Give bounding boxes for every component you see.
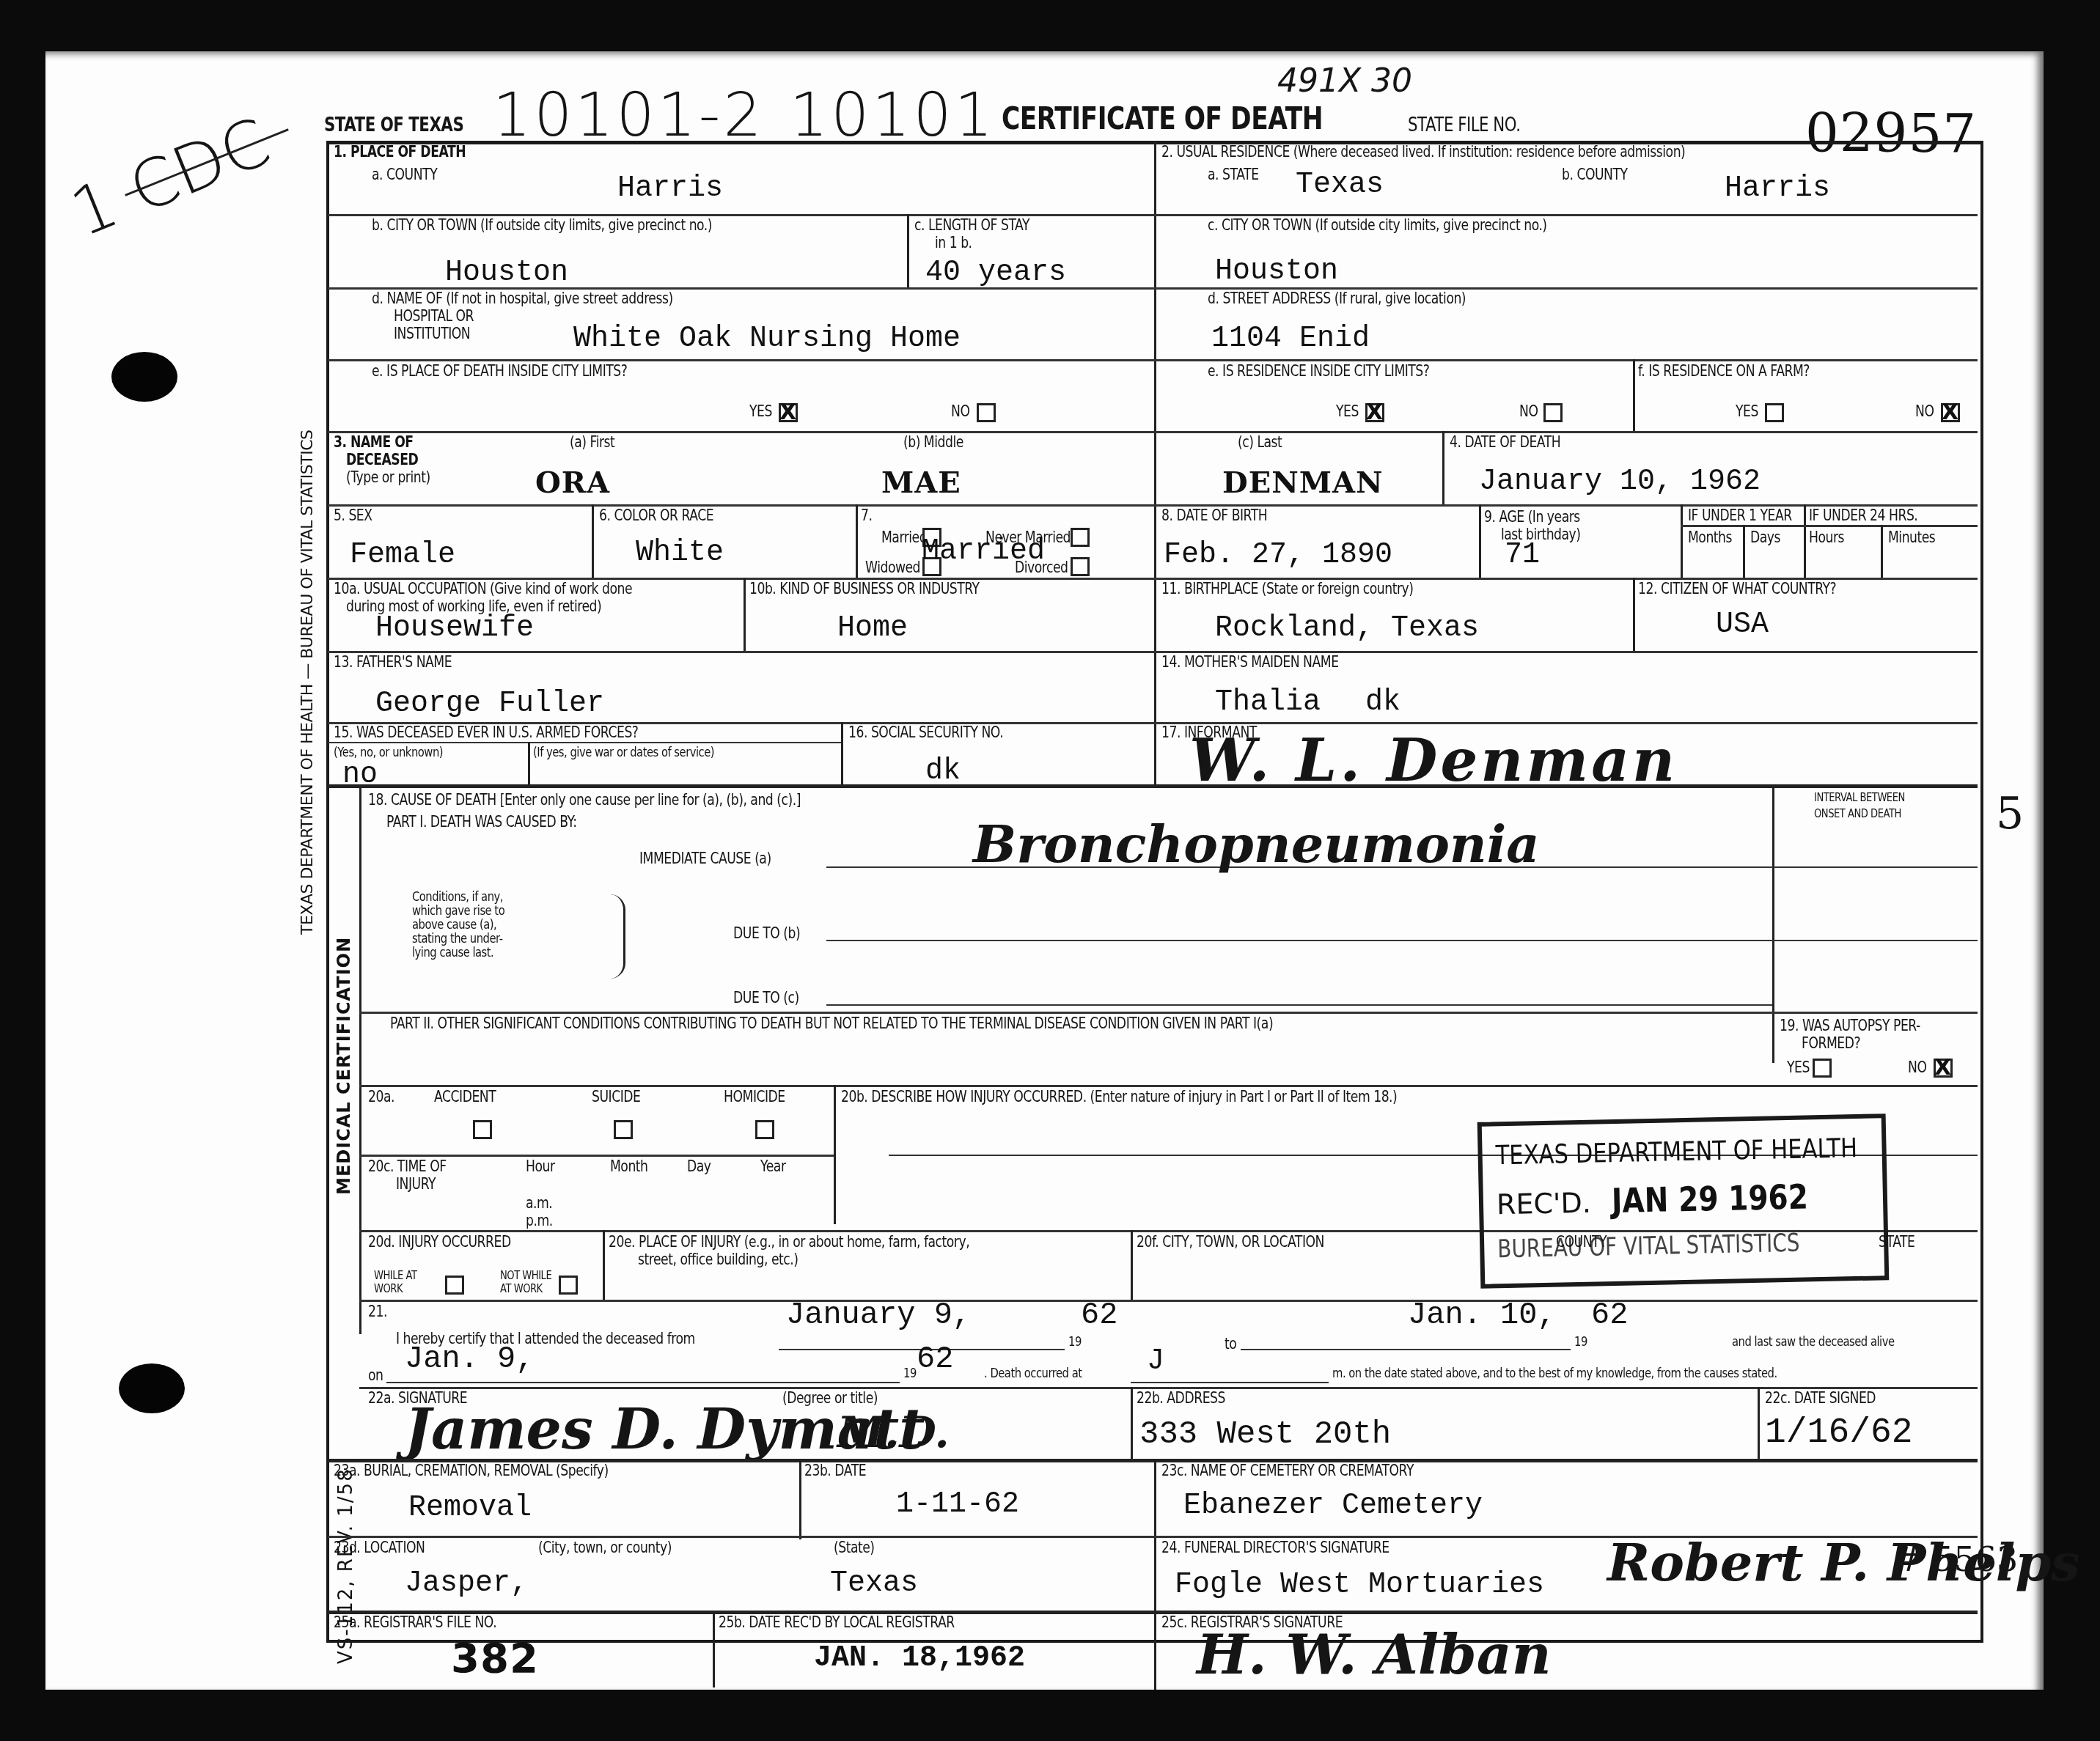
county-label: a. COUNTY xyxy=(372,166,437,183)
handwritten-code-left: 10101-2 xyxy=(493,81,765,150)
stay-value: 40 years xyxy=(925,257,1066,290)
injury-occurred-label: 20d. INJURY OCCURRED xyxy=(368,1234,511,1250)
location-state-value: Texas xyxy=(830,1567,918,1600)
rule xyxy=(1131,1382,1329,1383)
age-value: 71 xyxy=(1505,539,1540,572)
under-24-label: IF UNDER 24 HRS. xyxy=(1809,507,1917,523)
armed-forces-label: 15. WAS DECEASED EVER IN U.S. ARMED FORC… xyxy=(334,724,638,740)
rule xyxy=(1772,788,1774,1063)
rule xyxy=(1681,525,1978,527)
injury-county-label: COUNTY xyxy=(1556,1234,1607,1250)
sex-value: Female xyxy=(350,539,455,572)
rule xyxy=(359,1012,1978,1014)
name-label: 3. NAME OF xyxy=(334,434,414,450)
stamp-line3: BUREAU OF VITAL STATISTICS xyxy=(1497,1229,1800,1265)
mother-first-value: Thalia xyxy=(1215,686,1321,719)
hospital-label-3: INSTITUTION xyxy=(394,325,470,342)
middle-name-label: (b) Middle xyxy=(903,434,963,450)
not-while-work-label-2: AT WORK xyxy=(500,1283,543,1295)
suicide-label: SUICIDE xyxy=(592,1089,640,1105)
describe-injury-label: 20b. DESCRIBE HOW INJURY OCCURRED. (Ente… xyxy=(841,1089,1397,1105)
rule xyxy=(1758,1387,1760,1460)
time-of-injury-label-2: INJURY xyxy=(396,1176,436,1192)
rule xyxy=(1479,504,1481,579)
vertical-agency-label: TEXAS DEPARTMENT OF HEALTH — BUREAU OF V… xyxy=(298,430,317,935)
certification-num: 21. xyxy=(368,1303,387,1319)
residence-state-label: a. STATE xyxy=(1208,166,1259,183)
occupation-value: Housewife xyxy=(375,612,534,645)
rule xyxy=(603,1230,605,1301)
rule xyxy=(834,1085,836,1224)
registrar-date-value: JAN. 18,1962 xyxy=(814,1642,1025,1675)
disposition-date-label: 23b. DATE xyxy=(804,1462,866,1479)
rule xyxy=(359,1155,834,1157)
farm-no-label: NO xyxy=(1915,403,1934,419)
rule xyxy=(1154,1459,1156,1690)
minutes-label: Minutes xyxy=(1888,529,1935,545)
state-label: STATE OF TEXAS xyxy=(324,116,463,136)
state-file-label: STATE FILE NO. xyxy=(1408,116,1521,136)
last-seen-date: Jan. 9, xyxy=(405,1341,534,1377)
rule xyxy=(1772,866,1978,868)
disposition-method-label: 23a. BURIAL, CREMATION, REMOVAL (Specify… xyxy=(334,1462,609,1479)
citizen-label: 12. CITIZEN OF WHAT COUNTRY? xyxy=(1638,581,1836,597)
father-label: 13. FATHER'S NAME xyxy=(334,654,452,670)
birthplace-label: 11. BIRTHPLACE (State or foreign country… xyxy=(1161,581,1413,597)
note-line: lying cause last. xyxy=(412,946,526,960)
rule xyxy=(744,578,746,652)
on-label: on xyxy=(368,1367,383,1383)
due-to-b-label: DUE TO (b) xyxy=(733,925,800,941)
received-stamp: TEXAS DEPARTMENT OF HEALTH REC'D. JAN 29… xyxy=(1477,1114,1890,1289)
rule xyxy=(328,784,1978,788)
farm-label: f. IS RESIDENCE ON A FARM? xyxy=(1638,363,1810,379)
father-value: George Fuller xyxy=(375,688,604,721)
rule xyxy=(799,1459,801,1539)
death-limits-no-checkbox[interactable] xyxy=(977,403,996,422)
sex-label: 5. SEX xyxy=(334,507,372,523)
stamp-recd-label: REC'D. xyxy=(1497,1187,1592,1221)
hospital-label: d. NAME OF (If not in hospital, give str… xyxy=(372,290,673,306)
time-of-injury-label: 20c. TIME OF xyxy=(368,1158,447,1174)
main-column-divider xyxy=(1154,141,1156,786)
medical-certification-label: MEDICAL CERTIFICATION xyxy=(334,937,354,1195)
rule xyxy=(1804,504,1806,579)
last-name-value: DENMAN xyxy=(1222,465,1384,500)
death-limits-yes-label: YES xyxy=(749,403,772,419)
location-sub-label: (City, town, or county) xyxy=(538,1539,672,1556)
cause-label: 18. CAUSE OF DEATH [Enter only one cause… xyxy=(368,792,801,808)
race-value: White xyxy=(636,537,724,570)
conditions-note: Conditions, if any, which gave rise to a… xyxy=(412,891,551,960)
hospital-label-2: HOSPITAL OR xyxy=(394,308,474,324)
location-label: 23d. LOCATION xyxy=(334,1539,425,1556)
death-date-label: 4. DATE OF DEATH xyxy=(1450,434,1560,450)
rule xyxy=(1241,1349,1571,1350)
married-label: Married xyxy=(881,529,927,545)
street-value: 1104 Enid xyxy=(1211,323,1370,356)
rule xyxy=(592,504,594,579)
armed-war-label: (If yes, give war or dates of service) xyxy=(533,746,714,760)
death-limits-yes-checkbox[interactable] xyxy=(779,403,798,422)
death-limits-no-label: NO xyxy=(951,403,969,419)
registrar-file-label: 25a. REGISTRAR'S FILE NO. xyxy=(334,1614,496,1630)
autopsy-no-checkbox[interactable] xyxy=(1934,1059,1953,1078)
residence-state-value: Texas xyxy=(1296,169,1384,202)
dob-label: 8. DATE OF BIRTH xyxy=(1161,507,1267,523)
mother-last-value: dk xyxy=(1365,686,1400,719)
pm-label: p.m. xyxy=(526,1212,553,1229)
stamp-line1: TEXAS DEPARTMENT OF HEALTH xyxy=(1495,1133,1857,1171)
residence-county-label: b. COUNTY xyxy=(1562,166,1628,183)
rule xyxy=(359,788,361,1334)
registrar-signature: H. W. Alban xyxy=(1197,1624,1552,1687)
death-city-label: b. CITY OR TOWN (If outside city limits,… xyxy=(372,217,712,233)
ssn-label: 16. SOCIAL SECURITY NO. xyxy=(848,724,1003,740)
stamp-date: JAN 29 1962 xyxy=(1611,1177,1808,1221)
date-signed-label: 22c. DATE SIGNED xyxy=(1765,1390,1876,1406)
certificate-page: 1 CDC TEXAS DEPARTMENT OF HEALTH — BUREA… xyxy=(45,51,2044,1690)
residence-city-label: c. CITY OR TOWN (If outside city limits,… xyxy=(1208,217,1547,233)
rule xyxy=(907,214,909,287)
due-to-c-label: DUE TO (c) xyxy=(733,990,799,1006)
to-label: to xyxy=(1225,1336,1236,1352)
rule xyxy=(1881,525,1883,579)
rule xyxy=(1633,359,1635,433)
ssn-value: dk xyxy=(925,755,961,788)
hours-label: Hours xyxy=(1809,529,1844,545)
occupation-label: 10a. USUAL OCCUPATION (Give kind of work… xyxy=(334,581,632,597)
attended-from-year: 62 xyxy=(1081,1298,1117,1333)
street-label: d. STREET ADDRESS (If rural, give locati… xyxy=(1208,290,1466,306)
month-label: Month xyxy=(610,1158,648,1174)
date-signed-value: 1/16/62 xyxy=(1765,1413,1913,1453)
while-at-work-label: WHILE AT xyxy=(374,1270,417,1282)
birthplace-value: Rockland, Texas xyxy=(1215,612,1479,645)
res-limits-no-label: NO xyxy=(1519,403,1538,419)
physician-degree: M.D. xyxy=(837,1407,950,1457)
certification-text-2: and last saw the deceased alive xyxy=(1732,1336,1895,1350)
place-of-death-label: 1. PLACE OF DEATH xyxy=(334,144,466,160)
name-label-2: DECEASED xyxy=(346,452,418,468)
rule xyxy=(826,940,1772,941)
to-year-prefix: 19 xyxy=(1574,1336,1587,1350)
farm-yes-checkbox[interactable] xyxy=(1765,403,1784,422)
attended-from-date: January 9, xyxy=(786,1298,971,1333)
not-while-work-checkbox[interactable] xyxy=(559,1276,578,1295)
handwritten-top-code: 491X 30 xyxy=(1277,62,1412,100)
age-label: 9. AGE (In years xyxy=(1484,509,1580,525)
day-label: Day xyxy=(687,1158,711,1174)
first-name-value: ORA xyxy=(535,465,610,500)
am-label: a.m. xyxy=(526,1195,552,1211)
funeral-license-number: # 5563 xyxy=(1893,1539,2018,1579)
right-margin-mark: 5 xyxy=(1996,788,2024,839)
while-at-work-checkbox[interactable] xyxy=(445,1276,464,1295)
mother-label: 14. MOTHER'S MAIDEN NAME xyxy=(1161,654,1339,670)
industry-label: 10b. KIND OF BUSINESS OR INDUSTRY xyxy=(749,581,980,597)
homicide-label: HOMICIDE xyxy=(724,1089,785,1105)
middle-name-value: MAE xyxy=(881,465,961,500)
rule xyxy=(359,1300,1978,1302)
rule xyxy=(386,1382,900,1383)
death-occurred-label: . Death occurred at xyxy=(984,1367,1082,1381)
rule xyxy=(856,504,858,579)
hour-label: Hour xyxy=(526,1158,555,1174)
attended-to-date: Jan. 10, xyxy=(1408,1298,1556,1333)
location-state-sub-label: (State) xyxy=(834,1539,875,1556)
interval-label-2: ONSET AND DEATH xyxy=(1814,808,1901,820)
never-married-checkbox[interactable] xyxy=(1071,528,1090,547)
punch-hole-bottom xyxy=(119,1363,185,1413)
under-year-label: IF UNDER 1 YEAR xyxy=(1688,507,1792,523)
rule xyxy=(713,1611,715,1687)
widowed-label: Widowed xyxy=(865,559,920,575)
immediate-cause-label: IMMEDIATE CAUSE (a) xyxy=(639,850,771,866)
rule xyxy=(328,742,841,743)
last-name-label: (c) Last xyxy=(1238,434,1282,450)
cemetery-label: 23c. NAME OF CEMETERY OR CREMATORY xyxy=(1161,1462,1414,1479)
rule xyxy=(826,1004,1772,1006)
rule xyxy=(528,742,530,786)
place-of-injury-label-2: street, office building, etc.) xyxy=(638,1251,798,1267)
rule xyxy=(1681,504,1683,579)
rule xyxy=(1131,1387,1133,1460)
punch-hole-top xyxy=(111,352,177,402)
injury-type-label: 20a. xyxy=(368,1089,394,1105)
rule xyxy=(328,359,1978,361)
days-label: Days xyxy=(1750,529,1780,545)
disposition-method-value: Removal xyxy=(408,1492,532,1525)
res-limits-no-checkbox[interactable] xyxy=(1543,403,1563,422)
physician-address-value: 333 West 20th xyxy=(1139,1416,1391,1453)
last-seen-year: 62 xyxy=(917,1341,953,1377)
part1-label: PART I. DEATH WAS CAUSED BY: xyxy=(386,814,577,830)
death-date-value: January 10, 1962 xyxy=(1479,465,1761,498)
months-label: Months xyxy=(1688,529,1732,545)
cemetery-value: Ebanezer Cemetery xyxy=(1183,1490,1483,1523)
res-inside-limits-label: e. IS RESIDENCE INSIDE CITY LIMITS? xyxy=(1208,363,1429,379)
rule xyxy=(1442,431,1444,506)
year-label: Year xyxy=(760,1158,785,1174)
funeral-director-label: 24. FUNERAL DIRECTOR'S SIGNATURE xyxy=(1161,1539,1389,1556)
citizen-value: USA xyxy=(1716,608,1769,641)
brace xyxy=(610,894,625,979)
rule xyxy=(1772,940,1978,941)
part2-label: PART II. OTHER SIGNIFICANT CONDITIONS CO… xyxy=(390,1015,1273,1031)
accident-label: ACCIDENT xyxy=(434,1089,496,1105)
interval-label: INTERVAL BETWEEN xyxy=(1814,792,1905,804)
autopsy-yes-checkbox[interactable] xyxy=(1813,1059,1832,1078)
residence-city-value: Houston xyxy=(1215,255,1338,288)
while-at-work-label-2: WORK xyxy=(374,1283,403,1295)
marital-label: 7. xyxy=(861,507,872,523)
name-label-3: (Type or print) xyxy=(346,469,430,485)
rule xyxy=(841,722,843,786)
physician-address-label: 22b. ADDRESS xyxy=(1137,1390,1225,1406)
attended-to-year: 62 xyxy=(1591,1298,1628,1333)
divorced-checkbox[interactable] xyxy=(1071,557,1090,576)
dob-value: Feb. 27, 1890 xyxy=(1164,539,1392,572)
rule xyxy=(1131,1230,1133,1301)
hospital-value: White Oak Nursing Home xyxy=(573,323,961,356)
autopsy-yes-label: YES xyxy=(1787,1059,1810,1075)
seen-year-prefix: 19 xyxy=(903,1367,917,1381)
autopsy-label-2: FORMED? xyxy=(1802,1035,1860,1051)
race-label: 6. COLOR OR RACE xyxy=(599,507,713,523)
res-limits-yes-checkbox[interactable] xyxy=(1365,403,1384,422)
marital-value: Married xyxy=(922,535,1045,568)
res-limits-yes-label: YES xyxy=(1336,403,1359,419)
death-time-value: J xyxy=(1147,1345,1164,1378)
residence-section-label: 2. USUAL RESIDENCE (Where deceased lived… xyxy=(1161,144,1685,160)
rule xyxy=(1633,578,1635,652)
suicide-checkbox[interactable] xyxy=(614,1120,633,1139)
stay-label: c. LENGTH OF STAY xyxy=(914,217,1029,233)
handwritten-code-mid: 10101 xyxy=(790,81,996,150)
location-value: Jasper, xyxy=(405,1567,528,1600)
rule xyxy=(328,1611,1978,1614)
rule xyxy=(1743,525,1745,579)
place-of-injury-label: 20e. PLACE OF INJURY (e.g., in or about … xyxy=(609,1234,969,1250)
farm-yes-label: YES xyxy=(1736,403,1758,419)
immediate-cause-value: Bronchopneumonia xyxy=(973,814,1540,875)
death-county-value: Harris xyxy=(617,172,723,205)
autopsy-no-label: NO xyxy=(1908,1059,1926,1075)
industry-value: Home xyxy=(837,612,908,645)
first-name-label: (a) First xyxy=(570,434,614,450)
injury-state-label: STATE xyxy=(1879,1234,1914,1250)
not-while-work-label: NOT WHILE xyxy=(500,1270,551,1282)
accident-checkbox[interactable] xyxy=(473,1120,492,1139)
registrar-file-value: 382 xyxy=(451,1635,539,1682)
farm-no-checkbox[interactable] xyxy=(1941,403,1960,422)
from-year-prefix: 19 xyxy=(1068,1336,1082,1350)
certificate-title: CERTIFICATE OF DEATH xyxy=(1002,103,1323,135)
certification-text-3: m. on the date stated above, and to the … xyxy=(1332,1367,1777,1381)
funeral-home-value: Fogle West Mortuaries xyxy=(1175,1569,1544,1602)
disposition-date-value: 1-11-62 xyxy=(896,1488,1019,1521)
rule xyxy=(328,651,1978,653)
residence-county-value: Harris xyxy=(1725,172,1830,205)
stay-label-2: in 1 b. xyxy=(935,235,972,251)
death-inside-limits-label: e. IS PLACE OF DEATH INSIDE CITY LIMITS? xyxy=(372,363,627,379)
registrar-date-label: 25b. DATE REC'D BY LOCAL REGISTRAR xyxy=(719,1614,955,1630)
homicide-checkbox[interactable] xyxy=(755,1120,774,1139)
rule xyxy=(359,1085,1978,1087)
death-city-value: Houston xyxy=(445,257,568,290)
injury-city-label: 20f. CITY, TOWN, OR LOCATION xyxy=(1137,1234,1324,1250)
autopsy-label: 19. WAS AUTOPSY PER- xyxy=(1780,1017,1920,1034)
